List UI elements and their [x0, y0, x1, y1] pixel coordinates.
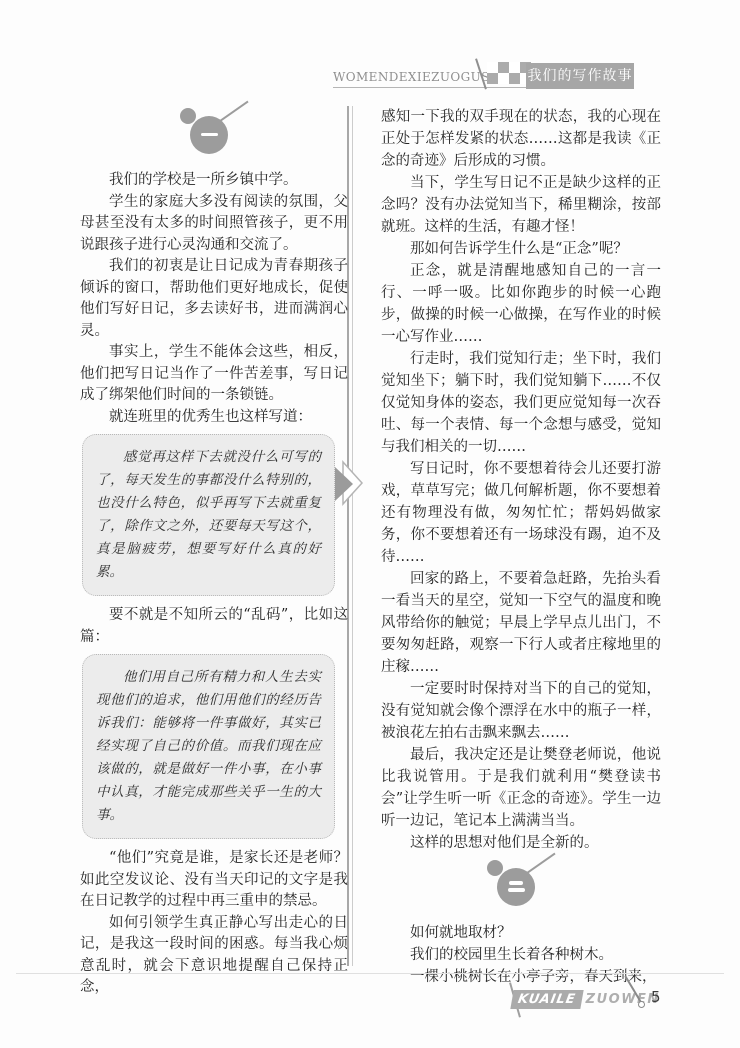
paragraph: 如何就地取材？ — [381, 922, 661, 944]
paragraph: 那如何告诉学生什么是“正念”呢？ — [381, 238, 661, 260]
paragraph: 回家的路上，不要着急赶路，先抬头看一看当天的星空，觉知一下空气的温度和晚风带给你… — [381, 568, 661, 678]
note-icon-ball — [497, 868, 535, 906]
paragraph: 事实上，学生不能体会这些，相反，他们把写日记当作了一件苦差事，写日记成了绑架他们… — [80, 342, 348, 407]
left-column: 我们的学校是一所乡镇中学。 学生的家庭大多没有阅读的氛围，父母甚至没有太多的时间… — [80, 106, 348, 999]
paragraph: 学生的家庭大多没有阅读的氛围，父母甚至没有太多的时间照管孩子，更不用说跟孩子进行… — [80, 192, 348, 257]
paragraph: 我们的初衷是让日记成为青春期孩子倾诉的窗口，帮助他们更好地成长，促使他们写好日记… — [80, 256, 348, 342]
paragraph: 我们的学校是一所乡镇中学。 — [80, 170, 348, 192]
brand-logo: KUAILEZUOWEN — [512, 988, 660, 1010]
brand-zuowen-text: ZUOWEN — [586, 992, 660, 1007]
student-quote-box: 感觉再这样下去就没什么可写的了，每天发生的事都没什么特别的，也没什么特色，似乎再… — [82, 434, 335, 596]
section-one-icon — [176, 106, 252, 158]
paragraph: 最后，我决定还是让樊登老师说，他说比我说管用。于是我们就利用“樊登读书会”让学生… — [381, 744, 661, 832]
paragraph: 行走时，我们觉知行走；坐下时，我们觉知坐下；躺下时，我们觉知躺下……不仅仅觉知身… — [381, 348, 661, 458]
numeral-two-stroke — [508, 888, 525, 892]
note-icon-dot — [180, 108, 196, 124]
column-divider-line-thin — [352, 106, 353, 966]
magazine-page: WOMENDEXIEZUOGUSHI>>> 我们的写作故事 我们的学校是一所乡镇… — [0, 0, 740, 1048]
paragraph: 我们的校园里生长着各种树木。 — [381, 944, 661, 966]
note-icon-dot — [487, 860, 503, 876]
numeral-one-stroke — [201, 133, 218, 137]
paragraph: 这样的思想对他们是全新的。 — [381, 832, 661, 854]
paragraph: 要不就是不知所云的“乱码”，比如这篇： — [80, 605, 348, 648]
page-number: 5 — [651, 988, 661, 1006]
checkered-flag-icon — [487, 62, 531, 84]
pen-loop-icon — [638, 1001, 645, 1008]
paragraph: 一棵小桃树长在小亭子旁，春天到来， — [381, 966, 661, 988]
paragraph: 当下，学生写日记不正是缺少这样的正念吗？没有办法觉知当下，稀里糊涂，按部就班。这… — [381, 172, 661, 238]
right-column: 感知一下我的双手现在的状态，我的心现在正处于怎样发紧的状态……这都是我读《正念的… — [381, 106, 661, 988]
section-two-icon — [483, 858, 559, 910]
paragraph: “他们”究竟是谁，是家长还是老师？如此空发议论、没有当天印记的文字是我在日记教学… — [80, 848, 348, 913]
paragraph: 就连班里的优秀生也这样写道： — [80, 407, 348, 429]
paragraph: 感知一下我的双手现在的状态，我的心现在正处于怎样发紧的状态……这都是我读《正念的… — [381, 106, 661, 172]
brand-kuaile-box: KUAILE — [510, 990, 583, 1009]
paragraph: 写日记时，你不要想着待会儿还要打游戏，草草写完；做几何解析题，你不要想着还有物理… — [381, 458, 661, 568]
paragraph: 正念，就是清醒地感知自己的一言一行、一呼一吸。比如你跑步的时候一心跑步，做操的时… — [381, 260, 661, 348]
footer-rule — [16, 973, 724, 974]
student-quote-box: 他们用自己所有精力和人生去实现他们的追求，他们用他们的经历告诉我们：能够将一件事… — [82, 654, 335, 839]
paragraph: 一定要时时保持对当下的自己的觉知，没有觉知就会像个漂浮在水中的瓶子一样，被浪花左… — [381, 678, 661, 744]
paragraph: 如何引领学生真正静心写出走心的日记，是我这一段时间的困惑。每当我心烦意乱时，就会… — [80, 913, 348, 999]
section-title-badge: 我们的写作故事 — [526, 63, 634, 89]
note-icon-pin — [220, 101, 249, 122]
numeral-two-stroke — [509, 881, 523, 885]
note-icon-pin — [527, 853, 556, 874]
